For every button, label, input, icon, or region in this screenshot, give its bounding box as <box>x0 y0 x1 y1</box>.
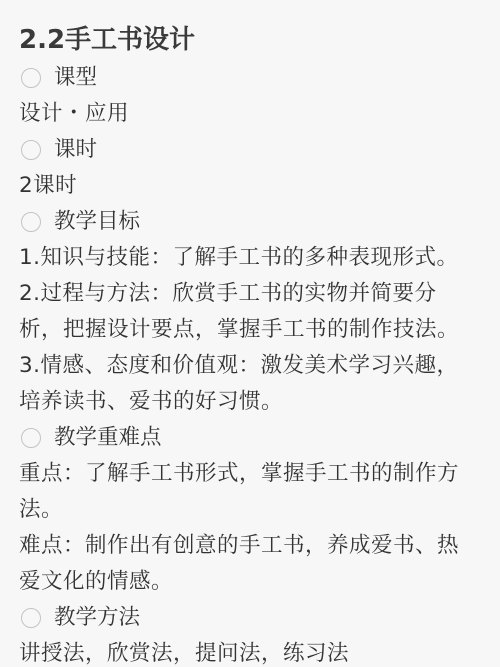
section-heading-label: 课型 <box>54 60 97 96</box>
document-page: 2.2手工书设计 课型 设计・应用 课时 2课时 教学目标 1.知识与技能：了解… <box>0 0 500 667</box>
text-line: 法。 <box>19 492 500 528</box>
section-heading-label: 课时 <box>54 132 97 168</box>
text-line: 1.知识与技能：了解手工书的多种表现形式。 <box>19 240 500 276</box>
text-line: 爱文化的情感。 <box>19 564 500 600</box>
section-heading-label: 教学方法 <box>54 600 140 636</box>
radio-circle-icon[interactable] <box>21 428 41 448</box>
section-heading-class-hours[interactable]: 课时 <box>19 132 500 168</box>
text-line: 2课时 <box>19 168 500 204</box>
text-line: 3.情感、态度和价值观：激发美术学习兴趣， <box>19 348 500 384</box>
text-line: 2.过程与方法：欣赏手工书的实物并简要分 <box>19 276 500 312</box>
text-line: 难点：制作出有创意的手工书，养成爱书、热 <box>19 528 500 564</box>
radio-circle-icon[interactable] <box>21 68 41 88</box>
section-heading-teaching-methods[interactable]: 教学方法 <box>19 600 500 636</box>
section-heading-key-points[interactable]: 教学重难点 <box>19 420 500 456</box>
radio-circle-icon[interactable] <box>21 212 41 232</box>
text-line: 讲授法，欣赏法，提问法，练习法 <box>19 636 500 667</box>
section-heading-teaching-goals[interactable]: 教学目标 <box>19 204 500 240</box>
text-line: 设计・应用 <box>19 96 500 132</box>
radio-circle-icon[interactable] <box>21 608 41 628</box>
section-heading-lesson-type[interactable]: 课型 <box>19 60 500 96</box>
text-line: 析，把握设计要点，掌握手工书的制作技法。 <box>19 312 500 348</box>
section-heading-label: 教学目标 <box>54 204 140 240</box>
radio-circle-icon[interactable] <box>21 140 41 160</box>
document-title: 2.2手工书设计 <box>19 20 500 60</box>
text-line: 培养读书、爱书的好习惯。 <box>19 384 500 420</box>
text-line: 重点：了解手工书形式，掌握手工书的制作方 <box>19 456 500 492</box>
section-heading-label: 教学重难点 <box>54 420 162 456</box>
